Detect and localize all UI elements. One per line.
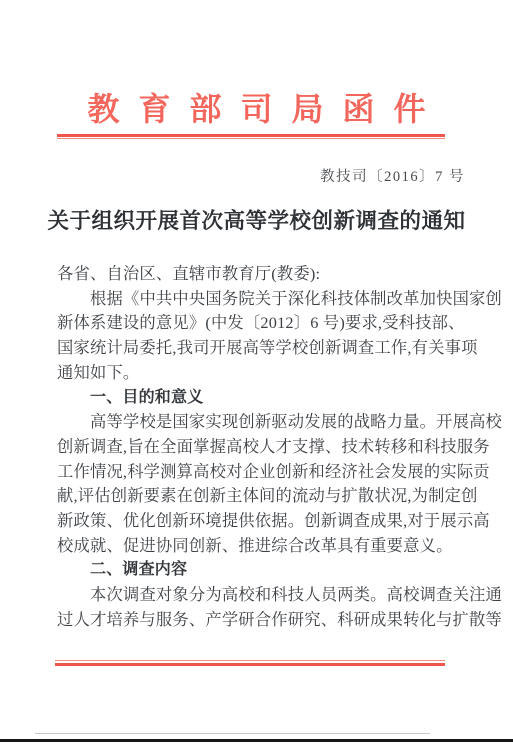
body-line: 过人才培养与服务、产学研合作研究、科研成果转化与扩散等 <box>57 608 453 633</box>
letterhead-rule-thin <box>57 138 445 139</box>
notice-title: 关于组织开展首次高等学校创新调查的通知 <box>0 207 513 235</box>
body-line: 新政策、优化创新环境提供依据。创新调查成果,对于展示高 <box>57 509 453 534</box>
document-number: 教技司〔2016〕7 号 <box>320 167 465 187</box>
body-line: 高等学校是国家实现创新驱动发展的战略力量。开展高校 <box>57 410 453 435</box>
body-line: 通知如下。 <box>57 361 453 386</box>
body-line: 工作情况,科学测算高校对企业创新和经济社会发展的实际贡 <box>57 460 453 485</box>
body-line: 本次调查对象分为高校和科技人员两类。高校调查关注通 <box>57 583 453 608</box>
section-heading-1: 一、目的和意义 <box>57 386 453 411</box>
letterhead-double-rule <box>57 134 445 139</box>
footer-rule-thin <box>55 660 445 661</box>
scan-edge-line <box>0 739 513 742</box>
salutation-line: 各省、自治区、直辖市教育厅(教委): <box>57 262 453 287</box>
scan-artifact-line <box>35 733 430 734</box>
document-body: 各省、自治区、直辖市教育厅(教委): 根据《中共中央国务院关于深化科技体制改革加… <box>57 262 453 633</box>
body-line: 根据《中共中央国务院关于深化科技体制改革加快国家创 <box>57 287 453 312</box>
body-line: 国家统计局委托,我司开展高等学校创新调查工作,有关事项 <box>57 336 453 361</box>
body-line: 校成就、促进协同创新、推进综合改革具有重要意义。 <box>57 534 453 559</box>
body-line: 新体系建设的意见》(中发〔2012〕6 号)要求,受科技部、 <box>57 311 453 336</box>
body-line: 创新调查,旨在全面掌握高校人才支撑、技术转移和科技服务 <box>57 435 453 460</box>
section-heading-2: 二、调查内容 <box>57 558 453 583</box>
letterhead-rule-thick <box>57 134 445 137</box>
footer-rule-thick <box>55 663 445 666</box>
footer-double-rule <box>55 660 445 666</box>
body-line: 献,评估创新要素在创新主体间的流动与扩散状况,为制定创 <box>57 484 453 509</box>
letterhead-title: 教育部司局函件 <box>0 84 513 130</box>
scanned-document-page: 教育部司局函件 教技司〔2016〕7 号 关于组织开展首次高等学校创新调查的通知… <box>0 0 513 746</box>
